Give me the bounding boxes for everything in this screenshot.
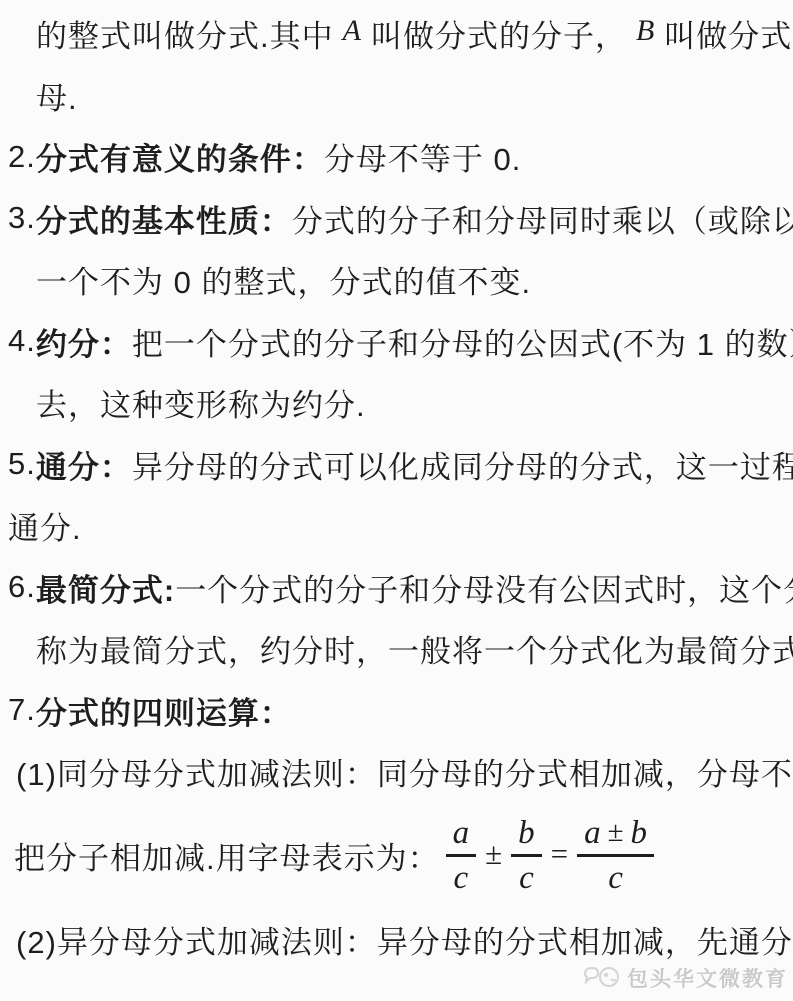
item-5-number: 5. <box>8 446 36 482</box>
item-4-continuation: 去，这种变形称为约分. <box>0 372 793 434</box>
intro-text-post: 叫做分式的分 <box>664 11 793 56</box>
item-7-number: 7. <box>8 692 36 728</box>
item-2-line: 2.分式有意义的条件：分母不等于 0. <box>0 126 793 188</box>
item-5-cont-text: 通分. <box>8 503 82 548</box>
item-4-number: 4. <box>8 323 36 359</box>
fraction-1-numerator: a <box>446 815 477 857</box>
math-var-b: B <box>636 14 655 48</box>
fraction-b-over-c: b c <box>511 815 542 897</box>
math-var-a: A <box>343 14 362 48</box>
document-page: 的整式叫做分式.其中A叫做分式的分子，B叫做分式的分 母. 2.分式有意义的条件… <box>0 0 793 1001</box>
fraction-formula: a c ± b c = a ± b c <box>446 815 654 897</box>
intro-line-1: 的整式叫做分式.其中A叫做分式的分子，B叫做分式的分 <box>0 3 793 65</box>
rule-1-cont-text: 把分子相加减.用字母表示为： <box>14 833 440 878</box>
plus-minus-operator: ± <box>485 836 502 872</box>
item-3-number: 3. <box>8 200 36 236</box>
watermark-text: 包头华文微教育 <box>627 963 788 993</box>
item-7-heading: 分式的四则运算： <box>36 688 292 733</box>
watermark-logo-icon <box>582 964 622 992</box>
item-3-continuation: 一个不为 0 的整式，分式的值不变. <box>0 249 793 311</box>
item-7-line: 7.分式的四则运算： <box>0 680 793 742</box>
item-6-continuation: 称为最简分式，约分时，一般将一个分式化为最简分式. <box>0 618 793 680</box>
intro-text-pre: 的整式叫做分式.其中 <box>36 11 334 56</box>
fraction-1-denominator: c <box>454 857 469 896</box>
item-4-cont-text: 去，这种变形称为约分. <box>36 380 366 425</box>
fraction-3-denominator: c <box>608 857 623 896</box>
rule-1-text: (1)同分母分式加减法则：同分母的分式相加减，分母不变， <box>16 749 793 794</box>
item-6-number: 6. <box>8 569 36 605</box>
rule-2-line: (2)异分母分式加减法则：异分母的分式相加减，先通分，化 <box>0 909 793 971</box>
rule-1-line: (1)同分母分式加减法则：同分母的分式相加减，分母不变， <box>0 741 793 803</box>
result-var-a: a <box>584 815 601 851</box>
item-4-line: 4.约分：把一个分式的分子和分母的公因式(不为 1 的数）约 <box>0 311 793 373</box>
item-3-body: 分式的分子和分母同时乘以（或除以）同 <box>292 196 793 241</box>
fraction-a-over-c: a c <box>446 815 477 897</box>
item-3-cont-text: 一个不为 0 的整式，分式的值不变. <box>36 257 531 302</box>
item-6-line: 6.最简分式:一个分式的分子和分母没有公因式时，这个分式 <box>0 557 793 619</box>
item-2-body: 分母不等于 0. <box>324 134 521 179</box>
rule-2-text: (2)异分母分式加减法则：异分母的分式相加减，先通分，化 <box>16 917 793 962</box>
equals-operator: = <box>551 836 568 872</box>
result-var-b: b <box>631 815 648 851</box>
item-6-cont-text: 称为最简分式，约分时，一般将一个分式化为最简分式. <box>36 626 793 671</box>
fraction-result: a ± b c <box>577 815 654 897</box>
item-5-continuation: 通分. <box>0 495 793 557</box>
item-6-heading: 最简分式: <box>36 565 175 610</box>
intro-line-2: 母. <box>0 65 793 127</box>
watermark: 包头华文微教育 <box>582 963 788 993</box>
item-5-heading: 通分： <box>36 442 132 487</box>
item-2-heading: 分式有意义的条件： <box>36 134 324 179</box>
item-3-line: 3.分式的基本性质：分式的分子和分母同时乘以（或除以）同 <box>0 188 793 250</box>
intro-text-cont: 母. <box>36 73 78 118</box>
item-5-body: 异分母的分式可以化成同分母的分式，这一过程叫做 <box>132 442 793 487</box>
fraction-3-numerator: a ± b <box>577 815 654 857</box>
item-3-heading: 分式的基本性质： <box>36 196 292 241</box>
item-6-body: 一个分式的分子和分母没有公因式时，这个分式 <box>175 565 793 610</box>
result-plus-minus: ± <box>608 817 624 849</box>
rule-1-formula-row: 把分子相加减.用字母表示为： a c ± b c = a ± b c <box>0 803 793 909</box>
item-5-line: 5.通分：异分母的分式可以化成同分母的分式，这一过程叫做 <box>0 434 793 496</box>
item-4-heading: 约分： <box>36 319 132 364</box>
intro-text-mid: 叫做分式的分子， <box>371 11 627 56</box>
fraction-2-numerator: b <box>511 815 542 857</box>
item-4-body: 把一个分式的分子和分母的公因式(不为 1 的数）约 <box>132 319 793 364</box>
fraction-2-denominator: c <box>519 857 534 896</box>
item-2-number: 2. <box>8 139 36 175</box>
